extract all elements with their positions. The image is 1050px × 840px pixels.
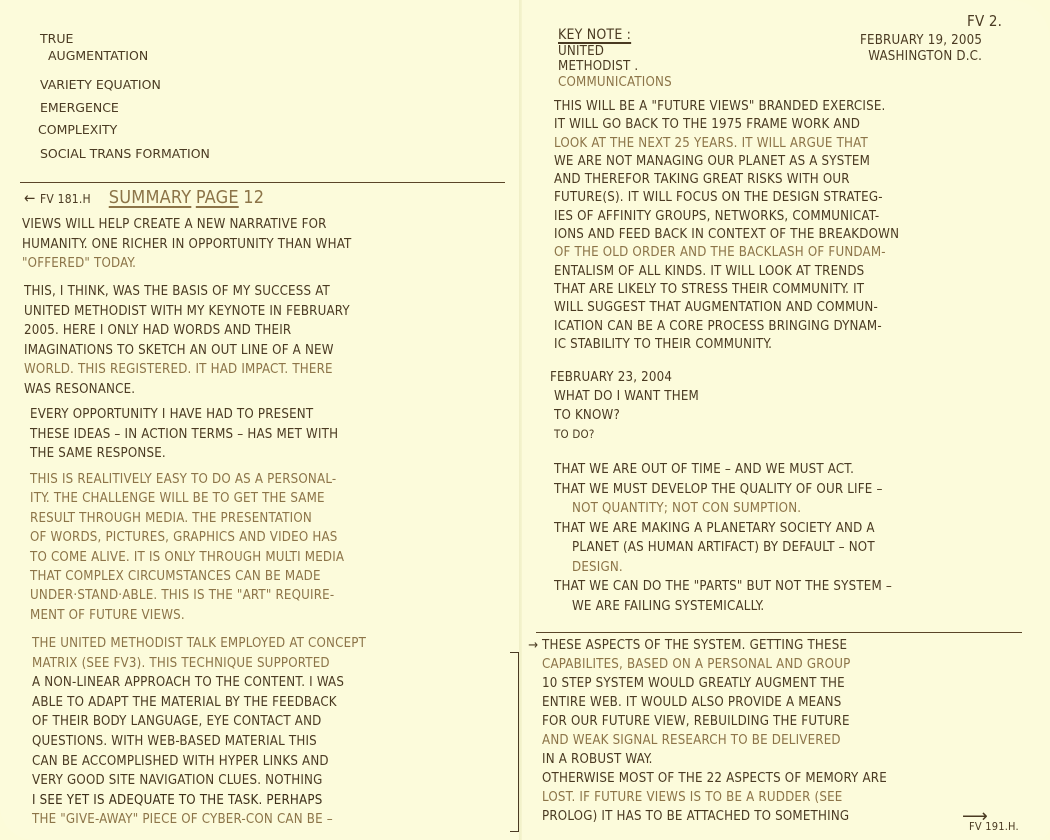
text-line: the same response. xyxy=(30,444,338,464)
text-line: to come alive. It is only through multi … xyxy=(30,548,344,567)
keynote-body: This will be a "Future Views" branded ex… xyxy=(554,98,899,354)
point-line: That we are making a planetary society a… xyxy=(554,519,892,539)
text-line: matrix (see FV3). This technique support… xyxy=(32,654,366,674)
keynote-org-line: Communications xyxy=(558,75,672,91)
point-line: That we must develop the quality of our … xyxy=(554,480,892,500)
paragraph-success: This, I think, was the basis of my succe… xyxy=(24,282,350,400)
point-line: design. xyxy=(554,558,892,578)
text-line: imaginations to sketch an out line of a … xyxy=(24,341,350,361)
text-line: of the old order and the backlash of fun… xyxy=(554,244,899,262)
text-line: Views will help create a new narrative f… xyxy=(22,215,351,235)
keynote-org-line: United xyxy=(558,44,672,60)
text-line: ment of future views. xyxy=(30,606,344,625)
text-line: under·stand·able. This is the "art" requ… xyxy=(30,586,344,605)
summary-title: Summary xyxy=(109,187,192,208)
text-line: questions. With web-based material this xyxy=(32,732,366,752)
topic-line: True xyxy=(40,30,148,47)
keynote-date: February 19, 2005 xyxy=(860,33,982,49)
keynote-org-line: Methodist . xyxy=(558,59,672,75)
next-page-reference: FV 191.h. xyxy=(969,820,1019,834)
text-line: entire web. It would also provide a mean… xyxy=(522,693,887,712)
keynote-location: Washington D.C. xyxy=(860,49,982,65)
point-line: planet (as human artifact) by default – … xyxy=(554,538,892,558)
page-reference-fv2: FV 2. xyxy=(967,12,1002,32)
text-line: entalism of all kinds. It will look at t… xyxy=(554,263,899,281)
text-line: a non-linear approach to the content. I … xyxy=(32,673,366,693)
text-line: world. This registered. It had impact. T… xyxy=(24,360,350,380)
text-line: United Methodist with my keynote in Febr… xyxy=(24,302,350,322)
left-page: True Augmentation Variety Equation Emerg… xyxy=(0,0,522,840)
text-line: for our future view, rebuilding the futu… xyxy=(522,712,887,731)
text-line: future(s). It will focus on the design s… xyxy=(554,189,899,207)
topic-complexity: Complexity xyxy=(38,122,117,137)
text-line: and therefor taking great risks with our xyxy=(554,171,899,189)
text-line: able to adapt the material by the feedba… xyxy=(32,693,366,713)
text-line: lost. If future views is to be a rudder … xyxy=(522,788,887,807)
text-line: 10 step system would greatly augment the xyxy=(522,674,887,693)
text-line: look at the next 25 years. It will argue… xyxy=(554,135,899,153)
summary-page-number: 12 xyxy=(243,187,264,208)
text-line: Every opportunity I have had to present xyxy=(30,405,338,425)
text-line: These aspects of the system. Getting the… xyxy=(542,636,847,655)
text-line: very good site navigation clues. Nothing xyxy=(32,771,366,791)
text-line: "offered" today. xyxy=(22,254,351,274)
text-line: prolog) it has to be attached to somethi… xyxy=(522,807,887,826)
section-divider xyxy=(536,632,1022,633)
text-line: will suggest that augmentation and commu… xyxy=(554,299,899,317)
paragraph-opportunity: Every opportunity I have had to present … xyxy=(30,405,338,464)
right-page: FV 2. Key Note : United Methodist . Comm… xyxy=(522,0,1050,840)
continuation-text: → These aspects of the system. Getting t… xyxy=(522,636,887,826)
text-line: ions and feed back in context of the bre… xyxy=(554,226,899,244)
continuation-bracket xyxy=(510,652,519,832)
text-line: in a robust way. xyxy=(522,750,887,769)
text-line: Otherwise most of the 22 aspects of memo… xyxy=(522,769,887,788)
topic-true-augmentation: True Augmentation xyxy=(40,30,148,64)
text-line: It will go back to the 1975 frame work a… xyxy=(554,116,899,134)
keynote-heading: Key Note : United Methodist . Communicat… xyxy=(558,28,672,90)
text-line: This will be a "Future Views" branded ex… xyxy=(554,98,899,116)
topic-line: Augmentation xyxy=(40,47,148,64)
text-line: of words, pictures, graphics and video h… xyxy=(30,528,344,547)
text-line: the "give-away" piece of cyber-con can b… xyxy=(32,810,366,830)
text-line: and weak signal research to be delivered xyxy=(522,731,887,750)
point-line: That we can do the "parts" but not the s… xyxy=(554,577,892,597)
second-entry-date: February 23, 2004 xyxy=(550,368,699,387)
question-line: to know? xyxy=(550,406,699,425)
text-line: This is realitively easy to do as a pers… xyxy=(30,470,344,489)
text-line: can be accomplished with hyper links and xyxy=(32,752,366,772)
text-line: capabilites, based on a personal and gro… xyxy=(522,655,887,674)
text-line: of their body language, eye contact and xyxy=(32,712,366,732)
text-line: Humanity. One richer in opportunity than… xyxy=(22,235,351,255)
text-line: ies of affinity groups, networks, commun… xyxy=(554,208,899,226)
text-line: these ideas – in action terms – has met … xyxy=(30,425,338,445)
topic-emergence: Emergence xyxy=(40,100,119,115)
text-line: that are likely to stress their communit… xyxy=(554,281,899,299)
text-line: we are not managing our planet as a syst… xyxy=(554,153,899,171)
text-line: result through media. The presentation xyxy=(30,509,344,528)
summary-page-label: Page xyxy=(196,187,239,208)
point-line: not quantity; not con sumption. xyxy=(554,499,892,519)
paragraph-narrative: Views will help create a new narrative f… xyxy=(22,215,351,274)
page-reference: FV 181.h xyxy=(40,192,91,206)
text-line: The United Methodist talk employed at co… xyxy=(32,634,366,654)
text-line: 2005. Here I only had words and their xyxy=(24,321,350,341)
topic-variety-equation: Variety Equation xyxy=(40,77,161,92)
continuation-arrow-icon: → xyxy=(528,638,538,653)
summary-header: ← FV 181.h Summary Page 12 xyxy=(24,188,264,210)
text-line: I see yet is adequate to the task. Perha… xyxy=(32,791,366,811)
text-line: This, I think, was the basis of my succe… xyxy=(24,282,350,302)
notebook-spread: True Augmentation Variety Equation Emerg… xyxy=(0,0,1050,840)
keynote-label: Key Note : xyxy=(558,28,672,44)
question-line: What do I want them xyxy=(550,387,699,406)
text-line: ication can be a core process bringing d… xyxy=(554,318,899,336)
text-line: ic stability to their community. xyxy=(554,336,899,354)
paragraph-methodist-talk: The United Methodist talk employed at co… xyxy=(32,634,366,830)
text-line: that complex circumstances can be made xyxy=(30,567,344,586)
point-line: That we are out of time – and we must ac… xyxy=(554,460,892,480)
keynote-date-location: February 19, 2005 Washington D.C. xyxy=(860,33,982,65)
back-arrow-icon: ← xyxy=(24,189,36,207)
points-list: That we are out of time – and we must ac… xyxy=(554,460,892,616)
section-divider xyxy=(20,182,505,183)
text-line: ity. The challenge will be to get the sa… xyxy=(30,489,344,508)
question-line: to do? xyxy=(550,425,699,444)
text-line: was resonance. xyxy=(24,380,350,400)
topic-social-transformation: Social Trans formation xyxy=(40,146,210,161)
paragraph-personality: This is realitively easy to do as a pers… xyxy=(30,470,344,625)
point-line: we are failing systemically. xyxy=(554,597,892,617)
second-entry-heading: February 23, 2004 What do I want them to… xyxy=(550,368,699,444)
